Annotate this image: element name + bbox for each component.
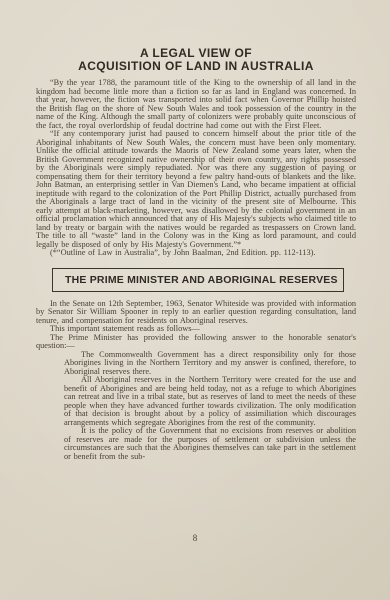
intro-paragraph: In the Senate on 12th September, 1963, S…: [36, 300, 356, 326]
page-number: 8: [0, 533, 390, 543]
scanned-book-page: A LEGAL VIEW OF ACQUISITION OF LAND IN A…: [0, 0, 390, 600]
answer-intro: The Prime Minister has provided the foll…: [36, 334, 356, 351]
article-legal-view-body: “By the year 1788, the paramount title o…: [36, 79, 356, 258]
quote-paragraph: All Aboriginal reserves in the Northern …: [64, 376, 356, 427]
paragraph: “By the year 1788, the paramount title o…: [36, 79, 356, 130]
article-title: A LEGAL VIEW OF ACQUISITION OF LAND IN A…: [36, 47, 356, 72]
quote-paragraph: The Commonwealth Government has a direct…: [64, 351, 356, 377]
senate-answer-blockquote: The Commonwealth Government has a direct…: [36, 351, 356, 462]
quote-paragraph: It is the policy of the Government that …: [64, 427, 356, 461]
page-content: A LEGAL VIEW OF ACQUISITION OF LAND IN A…: [0, 0, 390, 461]
article-title-line1: A LEGAL VIEW OF: [36, 47, 356, 60]
article-title-line2: ACQUISITION OF LAND IN AUSTRALIA: [36, 60, 356, 73]
boxed-section-heading: THE PRIME MINISTER AND ABORIGINAL RESERV…: [52, 268, 344, 292]
article-prime-minister-body: In the Senate on 12th September, 1963, S…: [36, 300, 356, 351]
footnote: (*“Outline of Law in Australia”, by John…: [36, 249, 356, 258]
paragraph: “If any contemporary jurist had paused t…: [36, 130, 356, 249]
